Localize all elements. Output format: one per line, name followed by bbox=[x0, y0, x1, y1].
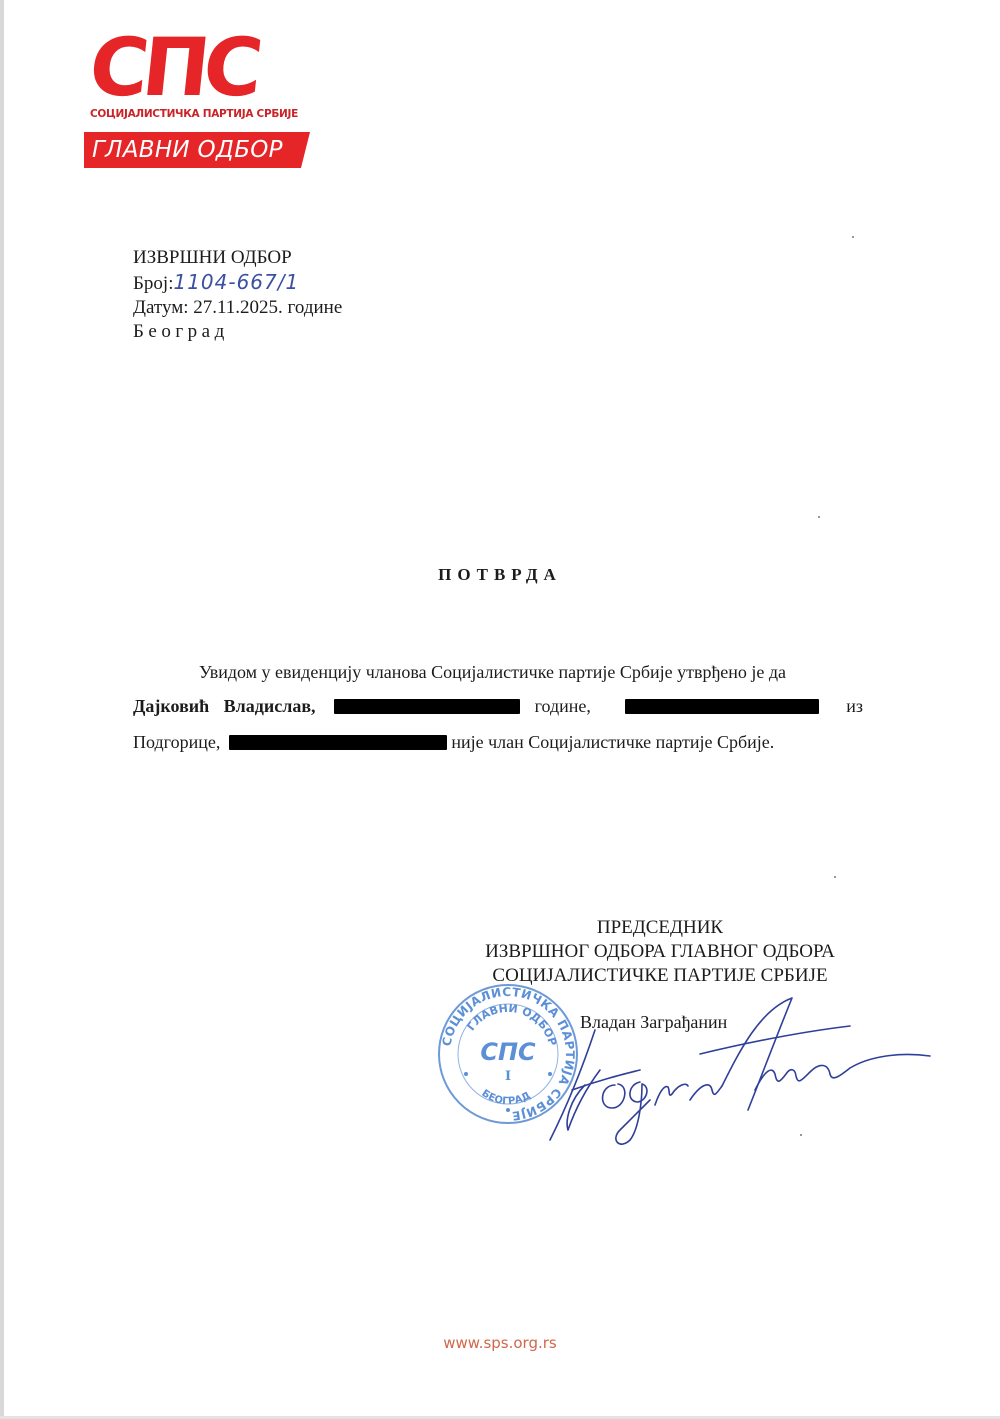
scan-speck bbox=[852, 236, 854, 238]
logo-subtitle: СОЦИЈАЛИСТИЧКА ПАРТИЈА СРБИЈЕ bbox=[90, 108, 298, 120]
body-line-1: Увидом у евиденцију чланова Социјалистич… bbox=[199, 654, 786, 690]
body-conclusion: није члан Социјалистичке партије Србије. bbox=[451, 732, 774, 752]
redaction-address bbox=[229, 735, 447, 750]
scan-speck bbox=[800, 1134, 802, 1136]
signer-title-2: ИЗВРШНОГ ОДБОРА ГЛАВНОГ ОДБОРА bbox=[440, 940, 880, 964]
signer-title-1: ПРЕДСЕДНИК bbox=[440, 916, 880, 940]
handwritten-signature-icon bbox=[490, 990, 950, 1170]
number-label: Број: bbox=[133, 273, 173, 294]
issuing-body: ИЗВРШНИ ОДБОР bbox=[133, 246, 342, 270]
footer-url: www.sps.org.rs bbox=[0, 1334, 1000, 1352]
document-number: Број:1104-667/1 bbox=[133, 270, 342, 296]
scan-speck bbox=[818, 516, 820, 518]
logo-band: ГЛАВНИ ОДБОР bbox=[84, 132, 310, 168]
scan-speck bbox=[834, 876, 836, 878]
document-header: ИЗВРШНИ ОДБОР Број:1104-667/1 Датум: 27.… bbox=[133, 246, 342, 344]
scan-edge bbox=[0, 0, 4, 1419]
document-city: Београд bbox=[133, 320, 342, 344]
signature-block: ПРЕДСЕДНИК ИЗВРШНОГ ОДБОРА ГЛАВНОГ ОДБОР… bbox=[440, 916, 880, 988]
logo-band-text: ГЛАВНИ ОДБОР bbox=[92, 137, 283, 163]
document-title: ПОТВРДА bbox=[0, 565, 1000, 585]
body-word-godine: године, bbox=[535, 696, 591, 716]
party-logo: СПС СОЦИЈАЛИСТИЧКА ПАРТИЈА СРБИЈЕ ГЛАВНИ… bbox=[84, 28, 314, 173]
number-value: 1104-667/1 bbox=[173, 270, 299, 294]
redaction-id bbox=[625, 699, 819, 714]
logo-mark: СПС bbox=[86, 28, 261, 108]
person-name: Дајковић Владислав, bbox=[133, 696, 316, 716]
document-date: Датум: 27.11.2025. године bbox=[133, 296, 342, 320]
body-word-iz: из bbox=[846, 688, 863, 724]
body-line-3: Подгорице, није члан Социјалистичке парт… bbox=[133, 724, 774, 760]
body-city: Подгорице, bbox=[133, 732, 220, 752]
redaction-birthdate bbox=[334, 699, 520, 714]
body-line-2: Дајковић Владислав, године, из bbox=[133, 688, 863, 724]
